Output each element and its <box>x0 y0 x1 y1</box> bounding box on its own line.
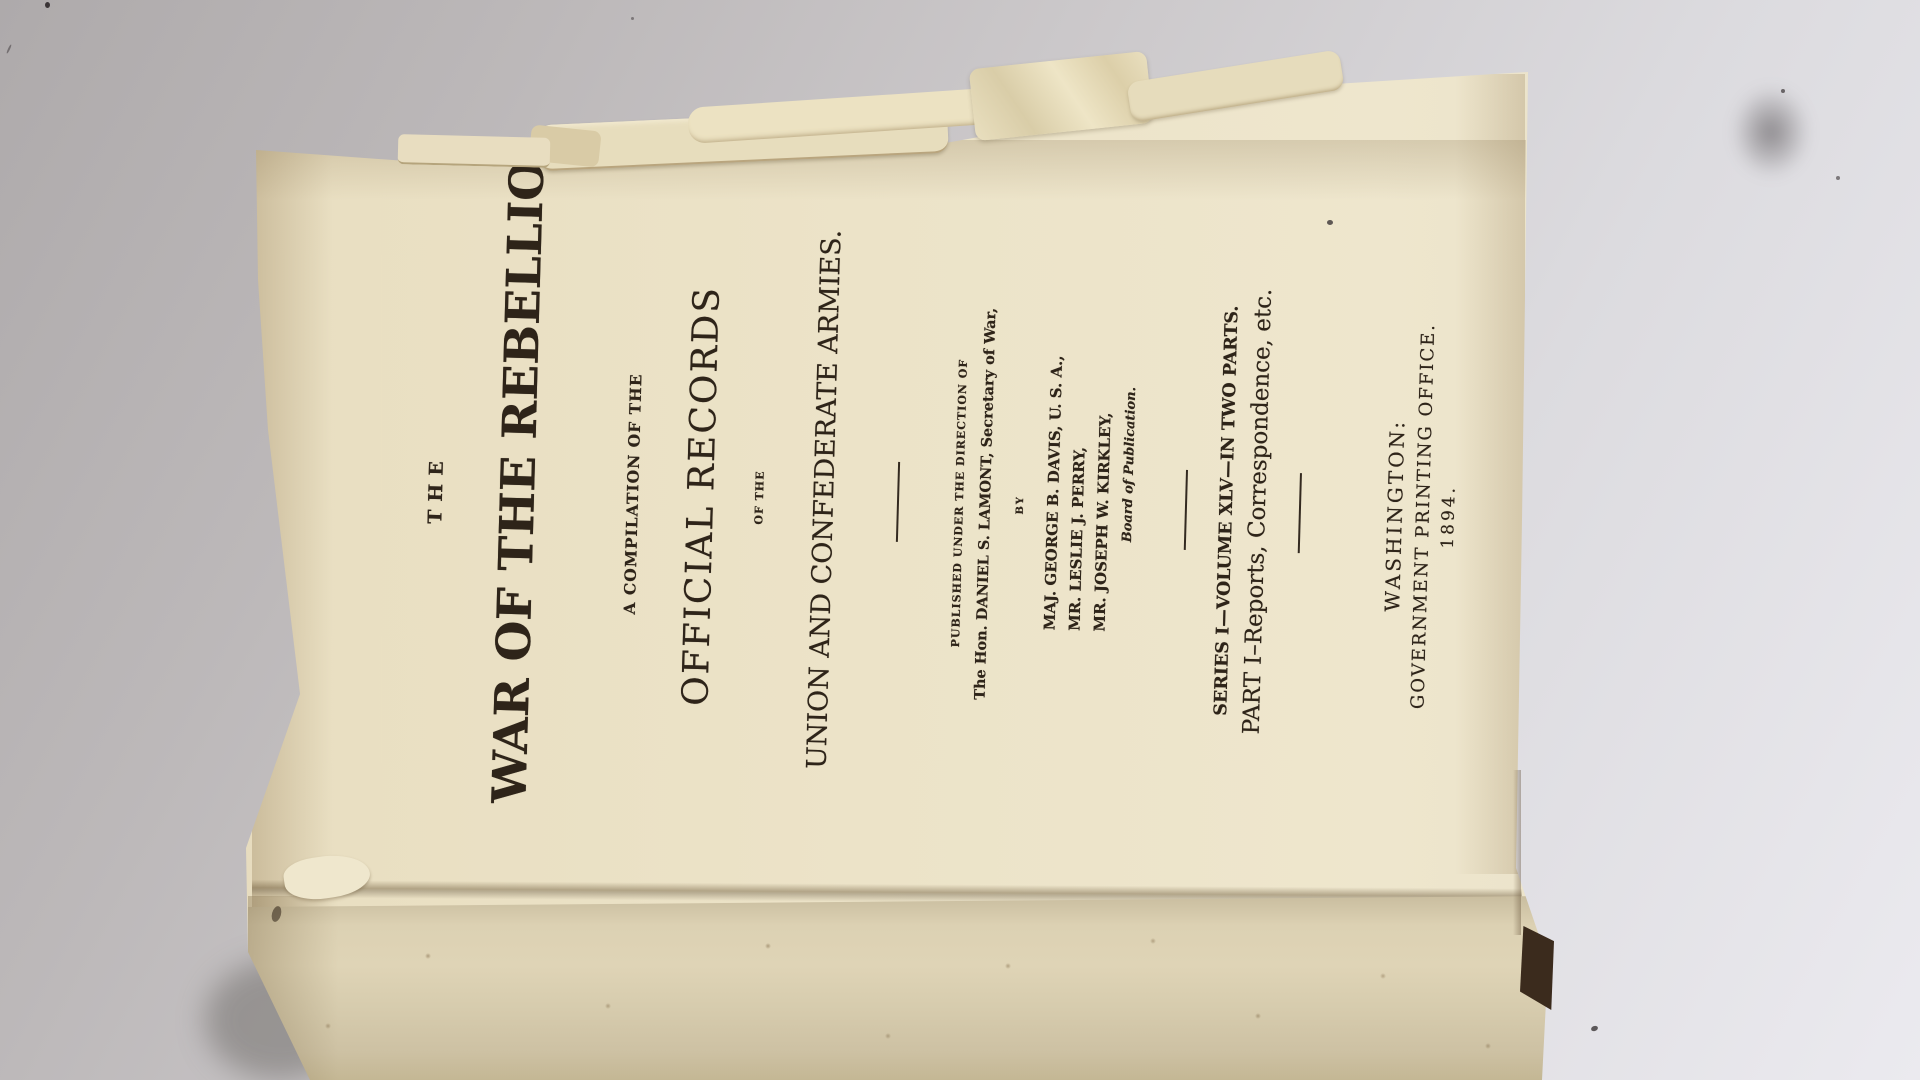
page-left-shade <box>252 150 332 910</box>
dust-speck <box>6 44 12 54</box>
board-line: Board of Publication. <box>1120 387 1139 543</box>
rotated-text-wrap: THE WAR OF THE REBELLION: A COMPILATION … <box>386 175 1488 830</box>
background-blur-spot <box>1732 86 1810 178</box>
page-roll <box>248 896 1548 1080</box>
dust-speck <box>631 17 634 20</box>
photo-scene: THE WAR OF THE REBELLION: A COMPILATION … <box>0 0 1920 1080</box>
official-records-line: OFFICIAL RECORDS <box>672 183 730 809</box>
dust-speck <box>1836 176 1840 180</box>
pretitle: THE <box>416 176 455 801</box>
divider-1 <box>896 462 900 542</box>
dust-speck <box>1590 1025 1598 1032</box>
editors-list: MAJ. GEORGE B. DAVIS, U. S. A., MR. LESL… <box>1037 355 1120 632</box>
armies-line: UNION AND CONFEDERATE ARMIES. <box>800 187 848 813</box>
title-page-text: THE WAR OF THE REBELLION: A COMPILATION … <box>386 175 1488 830</box>
divider-2 <box>1184 470 1188 550</box>
page-ink-speck <box>1327 220 1333 225</box>
of-the-line: OF THE <box>744 185 774 810</box>
book-title-page: THE WAR OF THE REBELLION: A COMPILATION … <box>0 0 1920 1080</box>
divider-3 <box>1298 473 1302 553</box>
right-edge-crease <box>1513 770 1521 935</box>
by-label: BY <box>1006 192 1034 817</box>
page-corner-flap <box>398 134 551 168</box>
compilation-line: A COMPILATION OF THE <box>614 181 650 806</box>
main-title: WAR OF THE REBELLION: <box>482 178 554 804</box>
dust-speck <box>1781 89 1785 93</box>
dust-speck <box>45 2 50 8</box>
secretary-line: The Hon. DANIEL S. LAMONT, Secretary of … <box>968 191 1002 816</box>
